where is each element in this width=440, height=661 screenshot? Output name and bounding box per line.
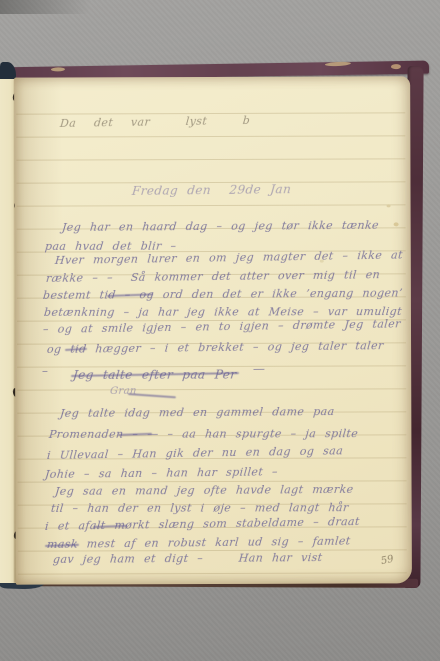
notebook-photo: Da det var lyst bFredag den 29de JanJeg … (0, 0, 440, 661)
notebook-page (14, 76, 412, 584)
gutter-shadow (14, 78, 64, 585)
frayed-spot (391, 64, 401, 69)
ruled-lines (16, 112, 407, 574)
stain (320, 260, 324, 263)
frayed-spot (325, 61, 351, 66)
stain (387, 204, 391, 207)
frayed-spot (51, 67, 65, 71)
stain (394, 222, 399, 226)
